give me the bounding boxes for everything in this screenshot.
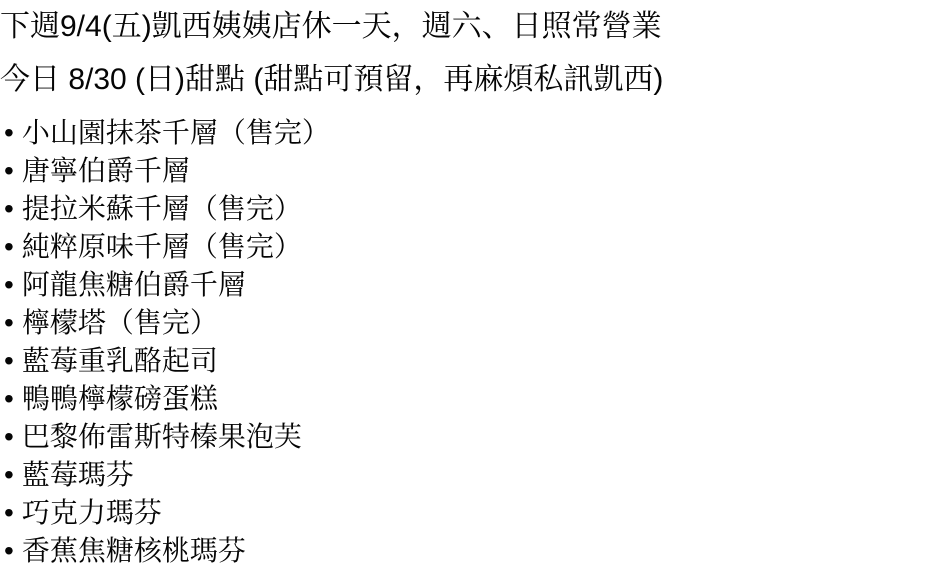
bullet-icon: • — [4, 456, 14, 494]
list-item-label: 巧克力瑪芬 — [22, 494, 162, 532]
bullet-icon: • — [4, 228, 14, 266]
bullet-icon: • — [4, 418, 14, 456]
bullet-icon: • — [4, 380, 14, 418]
list-item-label: 巴黎佈雷斯特榛果泡芙 — [22, 418, 302, 456]
list-item: • 純粹原味千層（售完） — [0, 228, 948, 266]
bullet-icon: • — [4, 190, 14, 228]
bullet-icon: • — [4, 532, 14, 570]
list-item-label: 藍莓重乳酪起司 — [22, 342, 218, 380]
list-item: • 香蕉焦糖核桃瑪芬 — [0, 532, 948, 570]
list-item: • 鴨鴨檸檬磅蛋糕 — [0, 380, 948, 418]
list-item: • 阿龍焦糖伯爵千層 — [0, 266, 948, 304]
bullet-icon: • — [4, 304, 14, 342]
list-item: • 巴黎佈雷斯特榛果泡芙 — [0, 418, 948, 456]
dessert-list: • 小山園抹茶千層（售完） • 唐寧伯爵千層 • 提拉米蘇千層（售完） • 純粹… — [0, 114, 948, 570]
list-item-label: 小山園抹茶千層（售完） — [22, 114, 330, 152]
list-item-label: 鴨鴨檸檬磅蛋糕 — [22, 380, 218, 418]
bullet-icon: • — [4, 342, 14, 380]
bullet-icon: • — [4, 152, 14, 190]
list-item: • 提拉米蘇千層（售完） — [0, 190, 948, 228]
announcement-post: 下週9/4(五)凱西姨姨店休一天，週六、日照常營業 今日 8/30 (日)甜點 … — [0, 0, 948, 578]
list-item: • 藍莓重乳酪起司 — [0, 342, 948, 380]
list-item: • 藍莓瑪芬 — [0, 456, 948, 494]
announcement-line-2: 今日 8/30 (日)甜點 (甜點可預留，再麻煩私訊凱西) — [0, 53, 948, 106]
list-item-label: 唐寧伯爵千層 — [22, 152, 190, 190]
list-item-label: 藍莓瑪芬 — [22, 456, 134, 494]
list-item-label: 純粹原味千層（售完） — [22, 228, 302, 266]
list-item-label: 香蕉焦糖核桃瑪芬 — [22, 532, 246, 570]
list-item: • 唐寧伯爵千層 — [0, 152, 948, 190]
bullet-icon: • — [4, 266, 14, 304]
list-item: • 巧克力瑪芬 — [0, 494, 948, 532]
list-item-label: 提拉米蘇千層（售完） — [22, 190, 302, 228]
list-item-label: 檸檬塔（售完） — [22, 304, 218, 342]
bullet-icon: • — [4, 494, 14, 532]
list-item: • 檸檬塔（售完） — [0, 304, 948, 342]
bullet-icon: • — [4, 114, 14, 152]
list-item: • 小山園抹茶千層（售完） — [0, 114, 948, 152]
list-item-label: 阿龍焦糖伯爵千層 — [22, 266, 246, 304]
announcement-line-1: 下週9/4(五)凱西姨姨店休一天，週六、日照常營業 — [0, 0, 948, 53]
announcement-header: 下週9/4(五)凱西姨姨店休一天，週六、日照常營業 今日 8/30 (日)甜點 … — [0, 0, 948, 106]
